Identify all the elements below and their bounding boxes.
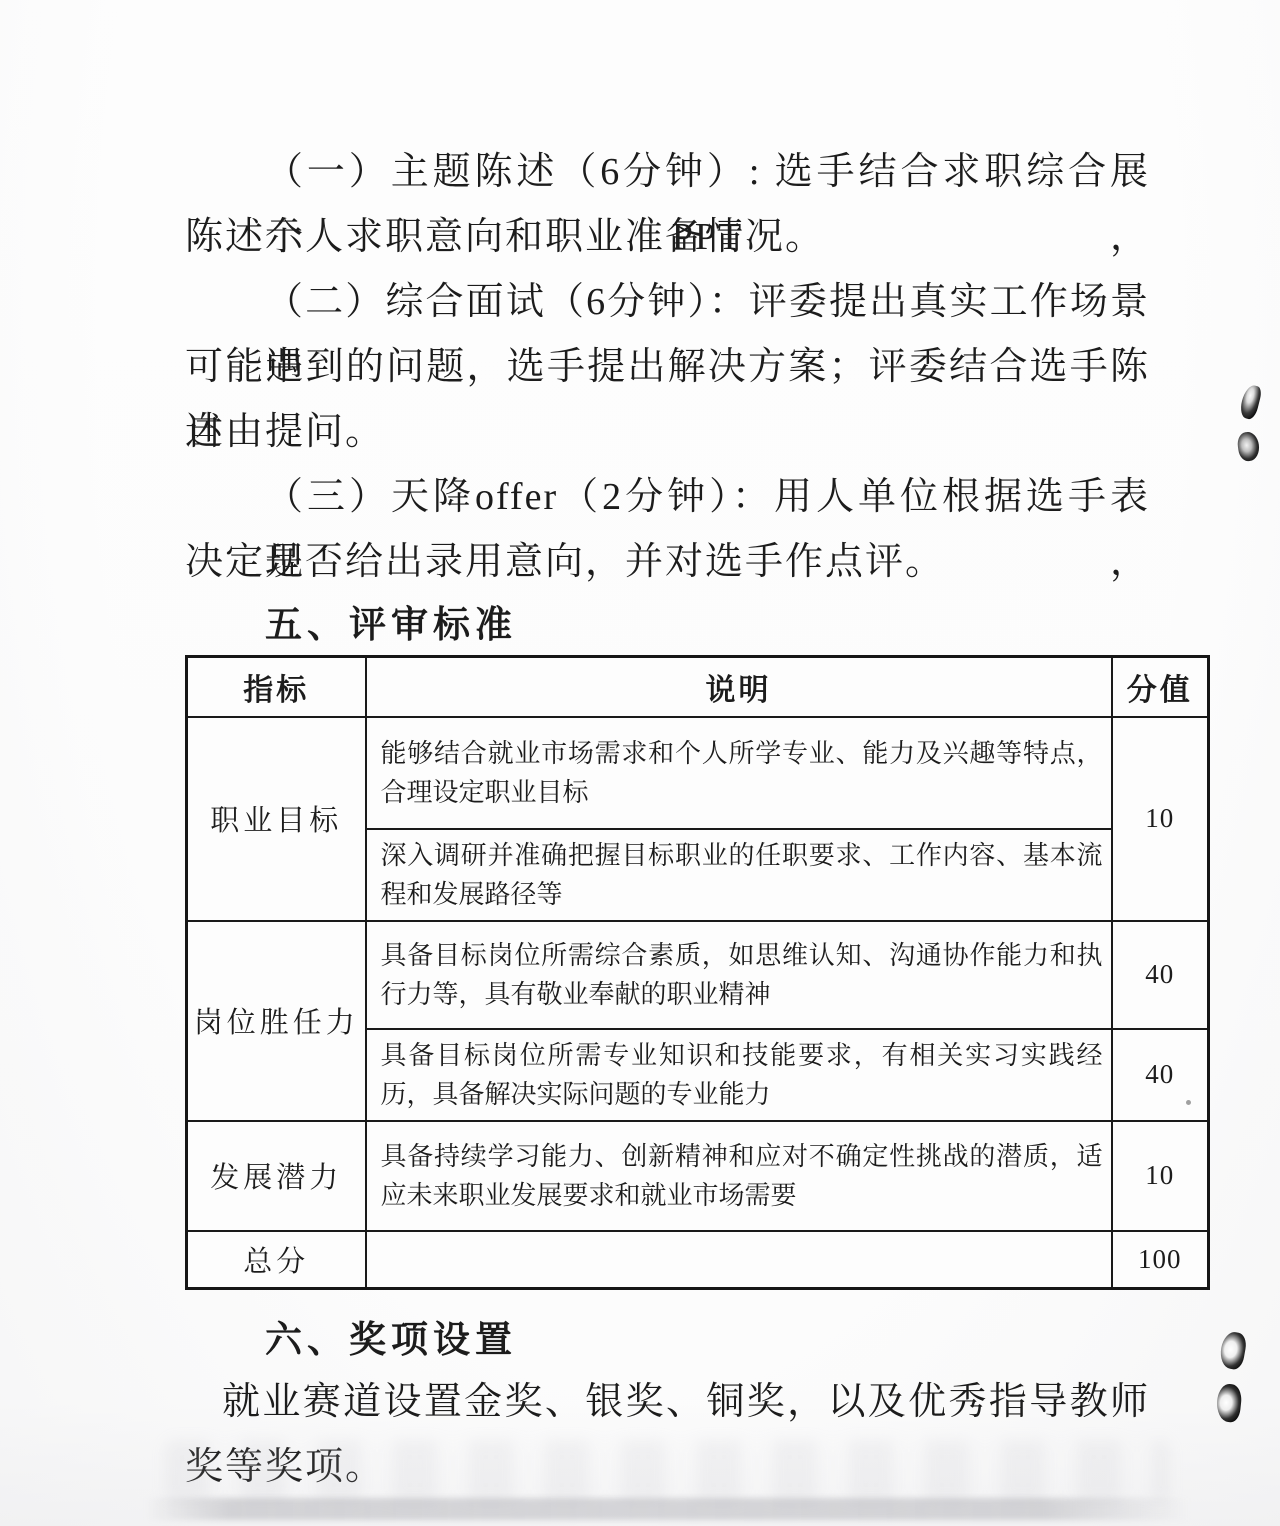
paragraph-3-line-1: （三）天降offer（2分钟）：用人单位根据选手表现， xyxy=(185,465,1150,530)
cell-potential-desc: 具备持续学习能力、创新精神和应对不确定性挑战的潜质，适应未来职业发展要求和就业市… xyxy=(366,1121,1112,1231)
cell-career-goal-indicator: 职业目标 xyxy=(187,717,366,921)
section-6-heading: 六、奖项设置 xyxy=(185,1310,1150,1370)
cell-career-goal-desc-market: 能够结合就业市场需求和个人所学专业、能力及兴趣等特点，合理设定职业目标 xyxy=(366,717,1112,829)
awards-line-1: 就业赛道设置金奖、银奖、铜奖，以及优秀指导教师 xyxy=(185,1370,1150,1435)
ink-speck xyxy=(1186,1100,1191,1105)
cell-competency-desc-professional: 具备目标岗位所需专业知识和技能要求，有相关实习实践经历，具备解决实际问题的专业能… xyxy=(366,1029,1112,1121)
cell-potential-indicator: 发展潜力 xyxy=(187,1121,366,1231)
paragraph-2-line-3: 自由提问。 xyxy=(185,400,1150,465)
cell-competency-score-professional: 40 xyxy=(1112,1029,1209,1121)
paragraph-2-line-2: 可能遇到的问题，选手提出解决方案；评委结合选手陈述 xyxy=(185,335,1150,400)
cell-career-goal-desc-research: 深入调研并准确把握目标职业的任职要求、工作内容、基本流程和发展路径等 xyxy=(366,829,1112,921)
evaluation-criteria-table: 指标 说明 分值 职业目标 能够结合就业市场需求和个人所学专业、能力及兴趣等特点… xyxy=(185,655,1210,1290)
paragraph-1-line-1: （一）主题陈述（6分钟）: 选手结合求职综合展示PPT， xyxy=(185,140,1150,205)
cell-competency-indicator: 岗位胜任力 xyxy=(187,921,366,1121)
bottom-edge-smudge xyxy=(145,1498,1190,1520)
table-row: 总分 100 xyxy=(187,1231,1209,1289)
header-cell-description: 说明 xyxy=(366,657,1112,717)
paragraph-2-line-1: （二）综合面试（6分钟）：评委提出真实工作场景中 xyxy=(185,270,1150,335)
cell-competency-score-general: 40 xyxy=(1112,921,1209,1029)
section-5-heading: 五、评审标准 xyxy=(185,595,1150,655)
header-cell-indicator: 指标 xyxy=(187,657,366,717)
cell-total-indicator: 总分 xyxy=(187,1231,366,1289)
cell-total-score: 100 xyxy=(1112,1231,1209,1289)
table-row: 岗位胜任力 具备目标岗位所需综合素质，如思维认知、沟通协作能力和执行力等，具有敬… xyxy=(187,921,1209,1029)
table-row: 职业目标 能够结合就业市场需求和个人所学专业、能力及兴趣等特点，合理设定职业目标… xyxy=(187,717,1209,829)
cell-total-desc xyxy=(366,1231,1112,1289)
cell-career-goal-score: 10 xyxy=(1112,717,1209,921)
cell-potential-score: 10 xyxy=(1112,1121,1209,1231)
page-bleed-through xyxy=(165,1440,1170,1502)
cell-competency-desc-general: 具备目标岗位所需综合素质，如思维认知、沟通协作能力和执行力等，具有敬业奉献的职业… xyxy=(366,921,1112,1029)
scanned-document-page: { "document": { "paragraphs": { "p1_l1":… xyxy=(0,0,1280,1526)
document-body: （一）主题陈述（6分钟）: 选手结合求职综合展示PPT， 陈述个人求职意向和职业… xyxy=(185,140,1150,1500)
table-row: 发展潜力 具备持续学习能力、创新精神和应对不确定性挑战的潜质，适应未来职业发展要… xyxy=(187,1121,1209,1231)
header-cell-score: 分值 xyxy=(1112,657,1209,717)
table-header-row: 指标 说明 分值 xyxy=(187,657,1209,717)
